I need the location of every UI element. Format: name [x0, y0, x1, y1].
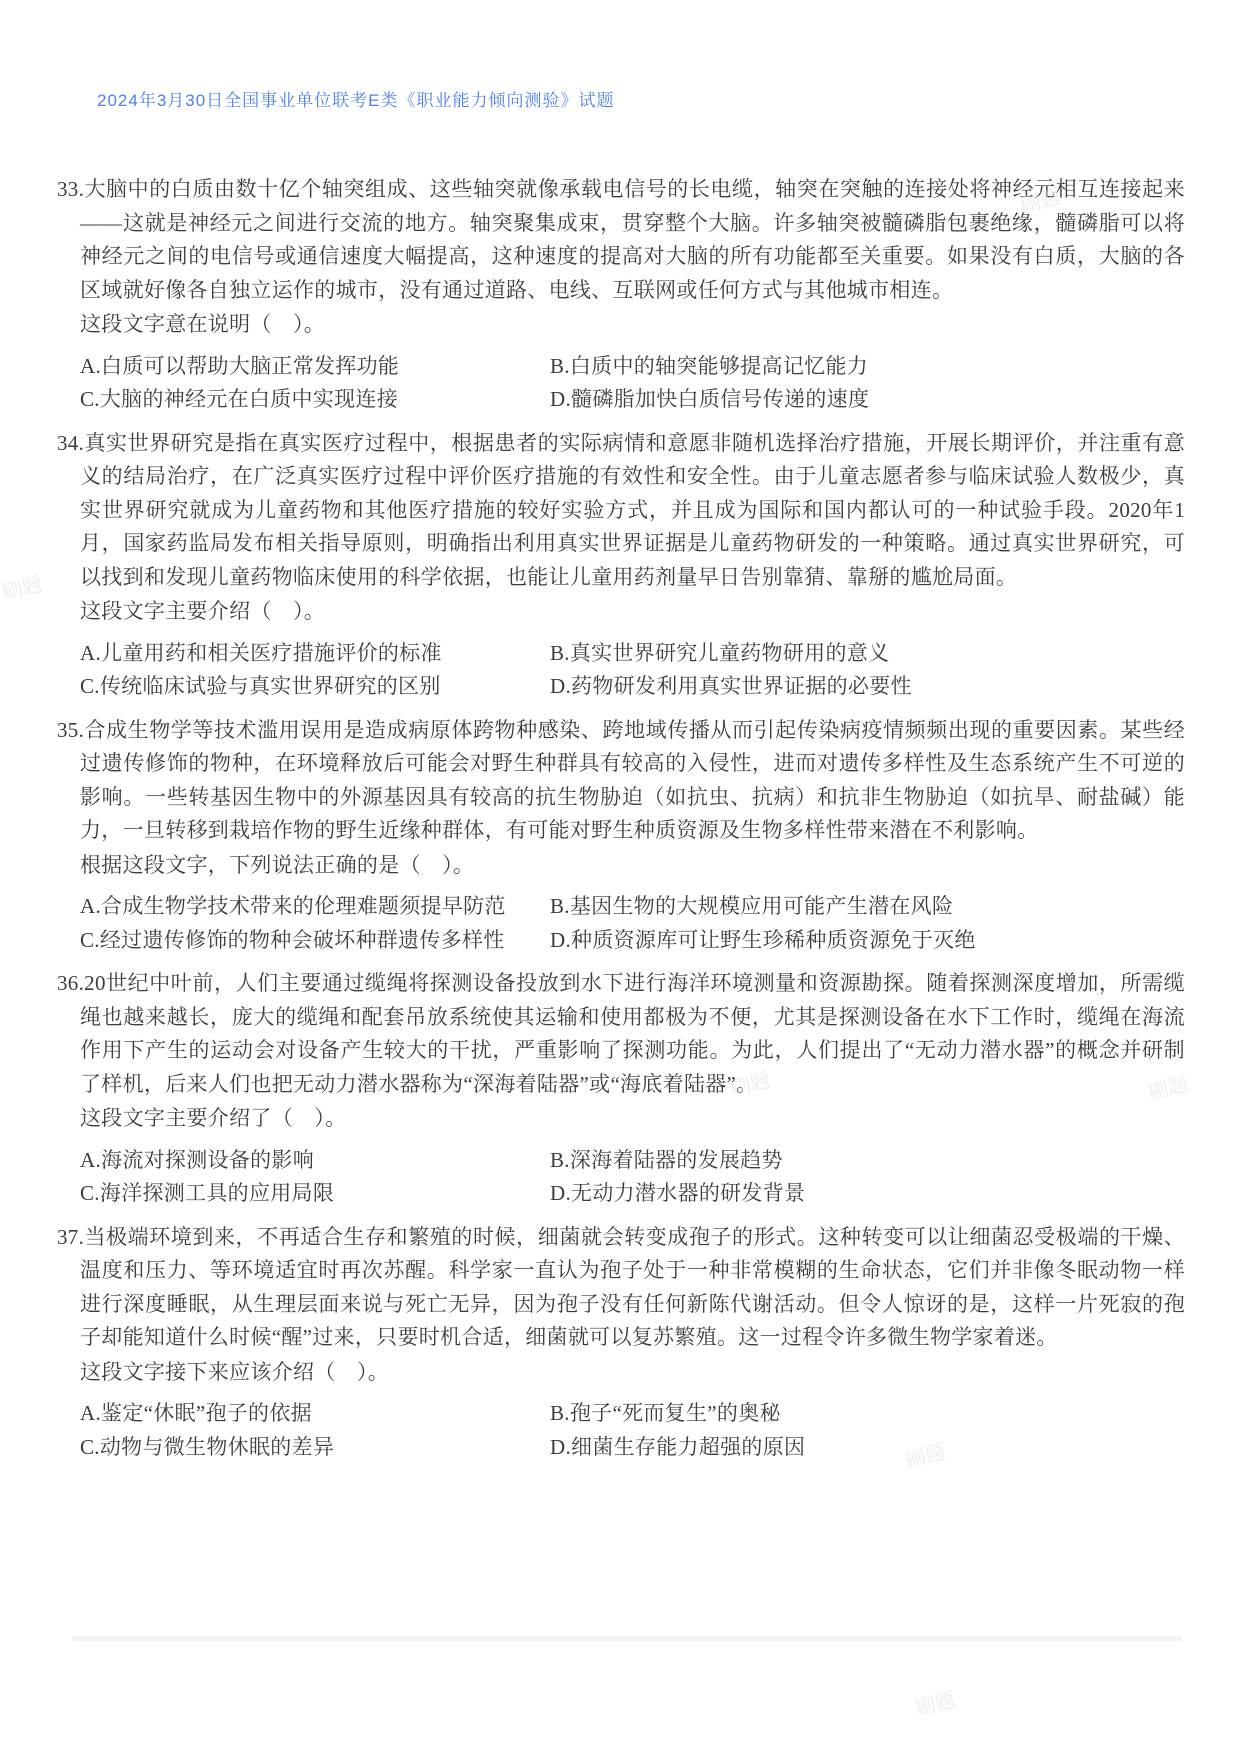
question-paragraph: 34.真实世界研究是指在真实医疗过程中，根据患者的实际病情和意愿非随机选择治疗措… — [57, 427, 1185, 595]
options-grid: A.海流对探测设备的影响 B.深海着陆器的发展趋势 C.海洋探测工具的应用局限 … — [57, 1144, 1185, 1211]
question-stem: 根据这段文字，下列说法正确的是（ ）。 — [57, 849, 1185, 883]
option-d: D.种质资源库可让野生珍稀种质资源免于灭绝 — [550, 924, 1185, 958]
option-b: B.孢子“死而复生”的奥秘 — [550, 1397, 1185, 1431]
option-d: D.髓磷脂加快白质信号传递的速度 — [550, 383, 1185, 417]
options-grid: A.白质可以帮助大脑正常发挥功能 B.白质中的轴突能够提高记忆能力 C.大脑的神… — [57, 350, 1185, 417]
option-a: A.鉴定“休眠”孢子的依据 — [80, 1397, 550, 1431]
question-paragraph: 36.20世纪中叶前，人们主要通过缆绳将探测设备投放到水下进行海洋环境测量和资源… — [57, 967, 1185, 1101]
option-d: D.药物研发利用真实世界证据的必要性 — [550, 670, 1185, 704]
option-a: A.儿童用药和相关医疗措施评价的标准 — [80, 637, 550, 671]
question-body-text: 合成生物学等技术滥用误用是造成病原体跨物种感染、跨地域传播从而引起传染病疫情频频… — [80, 718, 1185, 843]
option-d: D.无动力潜水器的研发背景 — [550, 1177, 1185, 1211]
option-b: B.白质中的轴突能够提高记忆能力 — [550, 350, 1185, 384]
option-d: D.细菌生存能力超强的原因 — [550, 1431, 1185, 1465]
question-number: 34. — [57, 431, 84, 455]
question-body-text: 20世纪中叶前，人们主要通过缆绳将探测设备投放到水下进行海洋环境测量和资源勘探。… — [80, 971, 1185, 1096]
option-b: B.真实世界研究儿童药物研用的意义 — [550, 637, 1185, 671]
watermark: 刷题 — [0, 568, 45, 606]
option-b: B.深海着陆器的发展趋势 — [550, 1144, 1185, 1178]
page-title: 2024年3月30日全国事业单位联考E类《职业能力倾向测验》试题 — [97, 86, 1185, 111]
question-body-text: 当极端环境到来，不再适合生存和繁殖的时候，细菌就会转变成孢子的形式。这种转变可以… — [80, 1225, 1185, 1350]
question-33: 33.大脑中的白质由数十亿个轴突组成、这些轴突就像承载电信号的长电缆，轴突在突触… — [57, 173, 1185, 417]
question-34: 34.真实世界研究是指在真实医疗过程中，根据患者的实际病情和意愿非随机选择治疗措… — [57, 427, 1185, 704]
option-a: A.合成生物学技术带来的伦理难题须提早防范 — [80, 890, 550, 924]
watermark: 刷题 — [912, 1684, 958, 1722]
question-36: 36.20世纪中叶前，人们主要通过缆绳将探测设备投放到水下进行海洋环境测量和资源… — [57, 967, 1185, 1211]
question-paragraph: 37.当极端环境到来，不再适合生存和繁殖的时候，细菌就会转变成孢子的形式。这种转… — [57, 1221, 1185, 1355]
option-a: A.海流对探测设备的影响 — [80, 1144, 550, 1178]
option-c: C.大脑的神经元在白质中实现连接 — [80, 383, 550, 417]
exam-page: 2024年3月30日全国事业单位联考E类《职业能力倾向测验》试题 33.大脑中的… — [0, 0, 1240, 1754]
question-list: 33.大脑中的白质由数十亿个轴突组成、这些轴突就像承载电信号的长电缆，轴突在突触… — [57, 173, 1185, 1464]
question-number: 33. — [57, 177, 84, 201]
options-grid: A.鉴定“休眠”孢子的依据 B.孢子“死而复生”的奥秘 C.动物与微生物休眠的差… — [57, 1397, 1185, 1464]
question-number: 36. — [57, 971, 84, 995]
question-37: 37.当极端环境到来，不再适合生存和繁殖的时候，细菌就会转变成孢子的形式。这种转… — [57, 1221, 1185, 1465]
option-c: C.经过遗传修饰的物种会破坏种群遗传多样性 — [80, 924, 550, 958]
page-footer-divider — [72, 1636, 1182, 1641]
option-b: B.基因生物的大规模应用可能产生潜在风险 — [550, 890, 1185, 924]
question-body-text: 大脑中的白质由数十亿个轴突组成、这些轴突就像承载电信号的长电缆，轴突在突触的连接… — [80, 177, 1185, 302]
option-a: A.白质可以帮助大脑正常发挥功能 — [80, 350, 550, 384]
option-c: C.传统临床试验与真实世界研究的区别 — [80, 670, 550, 704]
question-body-text: 真实世界研究是指在真实医疗过程中，根据患者的实际病情和意愿非随机选择治疗措施，开… — [80, 431, 1185, 589]
question-stem: 这段文字主要介绍了（ ）。 — [57, 1102, 1185, 1136]
question-stem: 这段文字接下来应该介绍（ ）。 — [57, 1356, 1185, 1390]
question-stem: 这段文字主要介绍（ ）。 — [57, 595, 1185, 629]
question-35: 35.合成生物学等技术滥用误用是造成病原体跨物种感染、跨地域传播从而引起传染病疫… — [57, 714, 1185, 958]
options-grid: A.儿童用药和相关医疗措施评价的标准 B.真实世界研究儿童药物研用的意义 C.传… — [57, 637, 1185, 704]
question-paragraph: 35.合成生物学等技术滥用误用是造成病原体跨物种感染、跨地域传播从而引起传染病疫… — [57, 714, 1185, 848]
question-number: 37. — [57, 1225, 84, 1249]
options-grid: A.合成生物学技术带来的伦理难题须提早防范 B.基因生物的大规模应用可能产生潜在… — [57, 890, 1185, 957]
question-paragraph: 33.大脑中的白质由数十亿个轴突组成、这些轴突就像承载电信号的长电缆，轴突在突触… — [57, 173, 1185, 307]
question-number: 35. — [57, 718, 84, 742]
option-c: C.动物与微生物休眠的差异 — [80, 1431, 550, 1465]
question-stem: 这段文字意在说明（ ）。 — [57, 308, 1185, 342]
option-c: C.海洋探测工具的应用局限 — [80, 1177, 550, 1211]
